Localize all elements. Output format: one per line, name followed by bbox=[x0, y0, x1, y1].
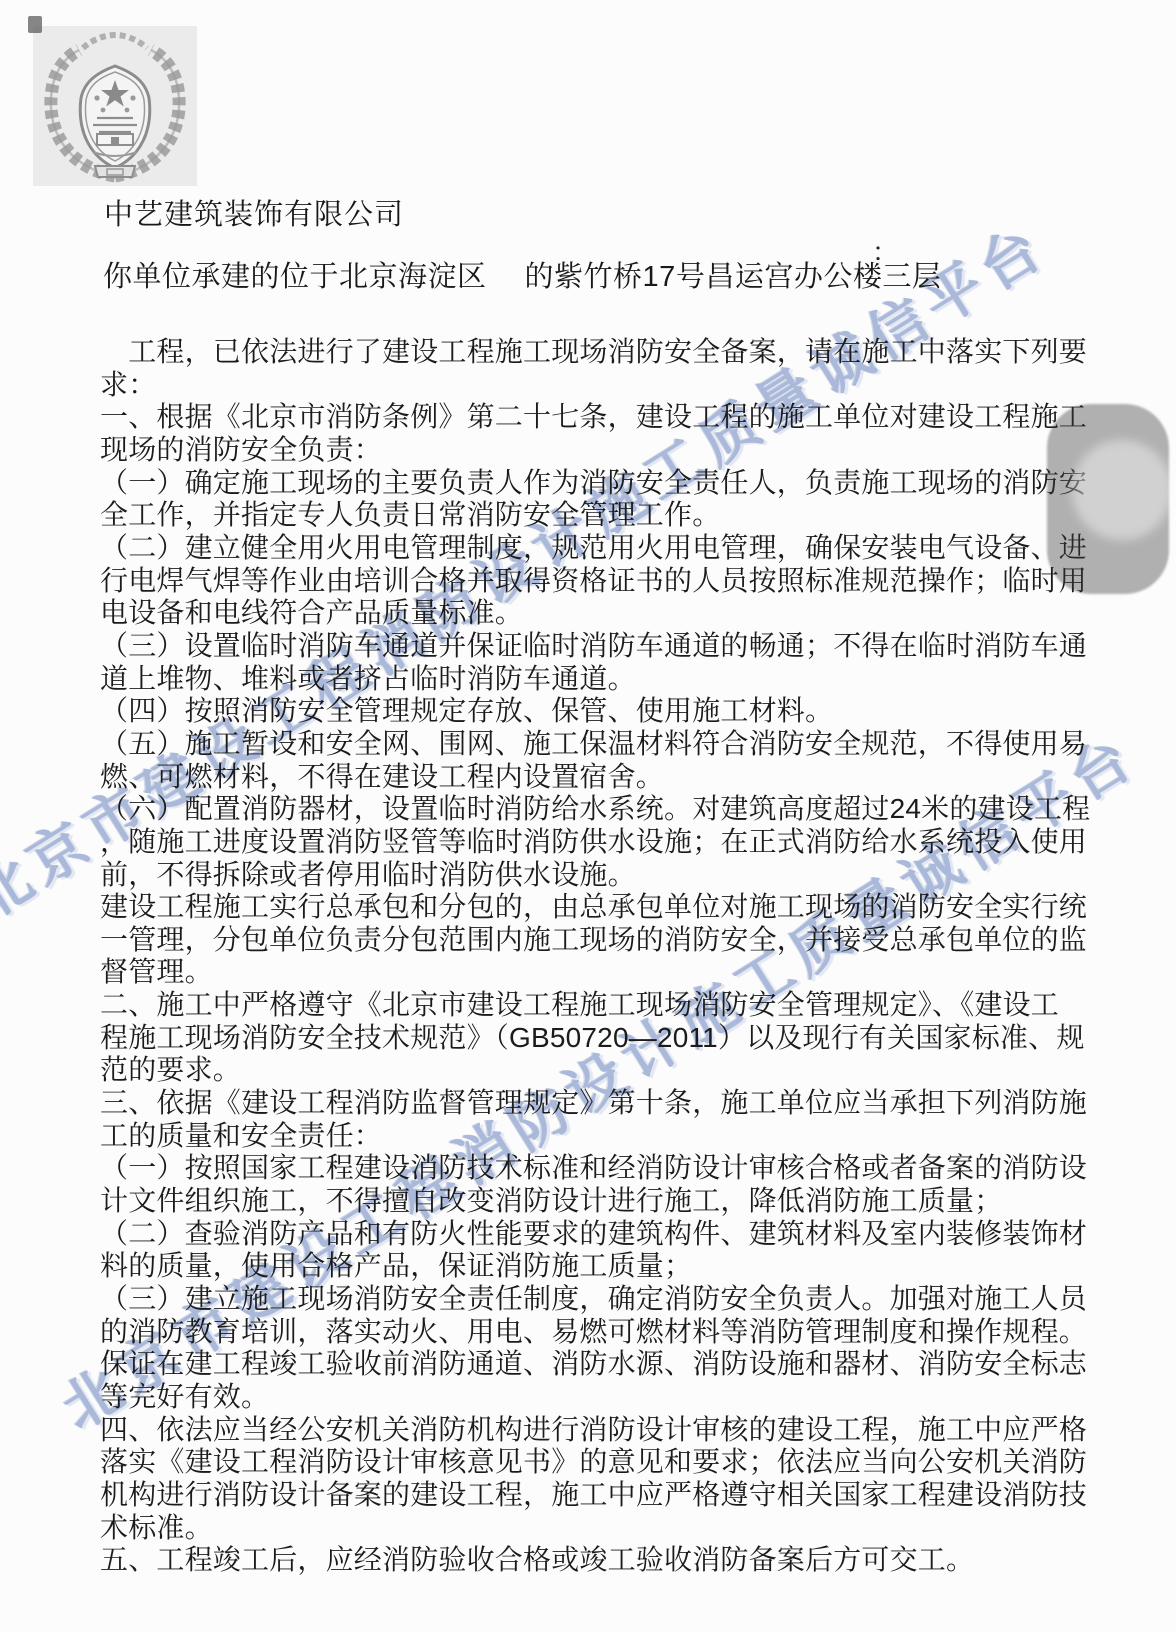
body-line: 督管理。 bbox=[100, 956, 1090, 989]
body-line: （三）设置临时消防车通道并保证临时消防车通道的畅通；不得在临时消防车通 bbox=[100, 630, 1090, 663]
body-line: 范的要求。 bbox=[100, 1054, 1090, 1087]
body-line: 建设工程施工实行总承包和分包的，由总承包单位对施工现场的消防安全实行统 bbox=[100, 891, 1090, 924]
body-line: 二、施工中严格遵守《北京市建设工程施工现场消防安全管理规定》、《建设工 bbox=[100, 989, 1090, 1022]
body-line: 的消防教育培训，落实动火、用电、易燃可燃材料等消防管理制度和操作规程。 bbox=[100, 1316, 1090, 1349]
scan-artifact bbox=[28, 16, 42, 33]
body-line: 术标准。 bbox=[100, 1512, 1090, 1545]
body-line: 一管理，分包单位负责分包范围内施工现场的消防安全，并接受总承包单位的监 bbox=[100, 924, 1090, 957]
body-line: 五、工程竣工后，应经消防验收合格或竣工验收消防备案后方可交工。 bbox=[100, 1544, 1090, 1577]
body-line: 四、依法应当经公安机关消防机构进行消防设计审核的建设工程，施工中应严格 bbox=[100, 1414, 1090, 1447]
body-line: 计文件组织施工，不得擅自改变消防设计进行施工，降低消防施工质量； bbox=[100, 1185, 1090, 1218]
body-line: 行电焊气焊等作业由培训合格并取得资格证书的人员按照标准规范操作；临时用 bbox=[100, 565, 1090, 598]
company-name: 中艺建筑装饰有限公司 bbox=[104, 198, 404, 232]
fire-service-badge-icon bbox=[33, 26, 197, 186]
body-line: （四）按照消防安全管理规定存放、保管、使用施工材料。 bbox=[100, 695, 1090, 728]
project-address-line: 你单位承建的位于北京海淀区 的紫竹桥17号昌运宫办公楼三层 bbox=[103, 260, 941, 294]
document-body: 工程，已依法进行了建设工程施工现场消防安全备案，请在施工中落实下列要 求： 一、… bbox=[100, 336, 1090, 1577]
body-line: （六）配置消防器材，设置临时消防给水系统。对建筑高度超过24米的建设工程 bbox=[100, 793, 1090, 826]
body-line: （二）建立健全用火用电管理制度，规范用火用电管理，确保安装电气设备、进 bbox=[100, 532, 1090, 565]
scan-glare-overlay bbox=[1047, 404, 1169, 594]
body-line: 三、依据《建设工程消防监督管理规定》第十条，施工单位应当承担下列消防施 bbox=[100, 1087, 1090, 1120]
body-line: 现场的消防安全负责： bbox=[100, 434, 1090, 467]
body-line: 前，不得拆除或者停用临时消防供水设施。 bbox=[100, 859, 1090, 892]
body-line: 机构进行消防设计备案的建设工程，施工中应严格遵守相关国家工程建设消防技 bbox=[100, 1479, 1090, 1512]
body-line: 料的质量，使用合格产品，保证消防施工质量； bbox=[100, 1250, 1090, 1283]
scan-glare-circle bbox=[1072, 440, 1169, 540]
body-line: 求： bbox=[100, 369, 1090, 402]
body-line: （一）按照国家工程建设消防技术标准和经消防设计审核合格或者备案的消防设 bbox=[100, 1152, 1090, 1185]
body-line: 电设备和电线符合产品质量标准。 bbox=[100, 597, 1090, 630]
body-line: （五）施工暂设和安全网、围网、施工保温材料符合消防安全规范，不得使用易 bbox=[100, 728, 1090, 761]
body-line: 道上堆物、堆料或者挤占临时消防车通道。 bbox=[100, 663, 1090, 696]
body-line: （三）建立施工现场消防安全责任制度，确定消防安全负责人。加强对施工人员 bbox=[100, 1283, 1090, 1316]
body-line: 全工作，并指定专人负责日常消防安全管理工作。 bbox=[100, 499, 1090, 532]
body-line: 落实《建设工程消防设计审核意见书》的意见和要求；依法应当向公安机关消防 bbox=[100, 1446, 1090, 1479]
body-line: 程施工现场消防安全技术规范》（GB50720—2011）以及现行有关国家标准、规 bbox=[100, 1022, 1090, 1055]
body-line: （二）查验消防产品和有防火性能要求的建筑构件、建筑材料及室内装修装饰材 bbox=[100, 1218, 1090, 1251]
scanned-document-page: 北京市建设工程消防设计施工质量诚信平台 北京市建设工程消防设计施工质量诚信平台 bbox=[0, 0, 1176, 1632]
body-line: 工程，已依法进行了建设工程施工现场消防安全备案，请在施工中落实下列要 bbox=[100, 336, 1090, 369]
body-line: 等完好有效。 bbox=[100, 1381, 1090, 1414]
body-line: 工的质量和安全责任： bbox=[100, 1120, 1090, 1153]
body-line: 燃、可燃材料，不得在建设工程内设置宿舍。 bbox=[100, 761, 1090, 794]
body-line: 保证在建工程竣工验收前消防通道、消防水源、消防设施和器材、消防安全标志 bbox=[100, 1348, 1090, 1381]
body-line: （一）确定施工现场的主要负责人作为消防安全责任人，负责施工现场的消防安 bbox=[100, 467, 1090, 500]
body-line: ，随施工进度设置消防竖管等临时消防供水设施；在正式消防给水系统投入使用 bbox=[100, 826, 1090, 859]
body-line: 一、根据《北京市消防条例》第二十七条，建设工程的施工单位对建设工程施工 bbox=[100, 401, 1090, 434]
